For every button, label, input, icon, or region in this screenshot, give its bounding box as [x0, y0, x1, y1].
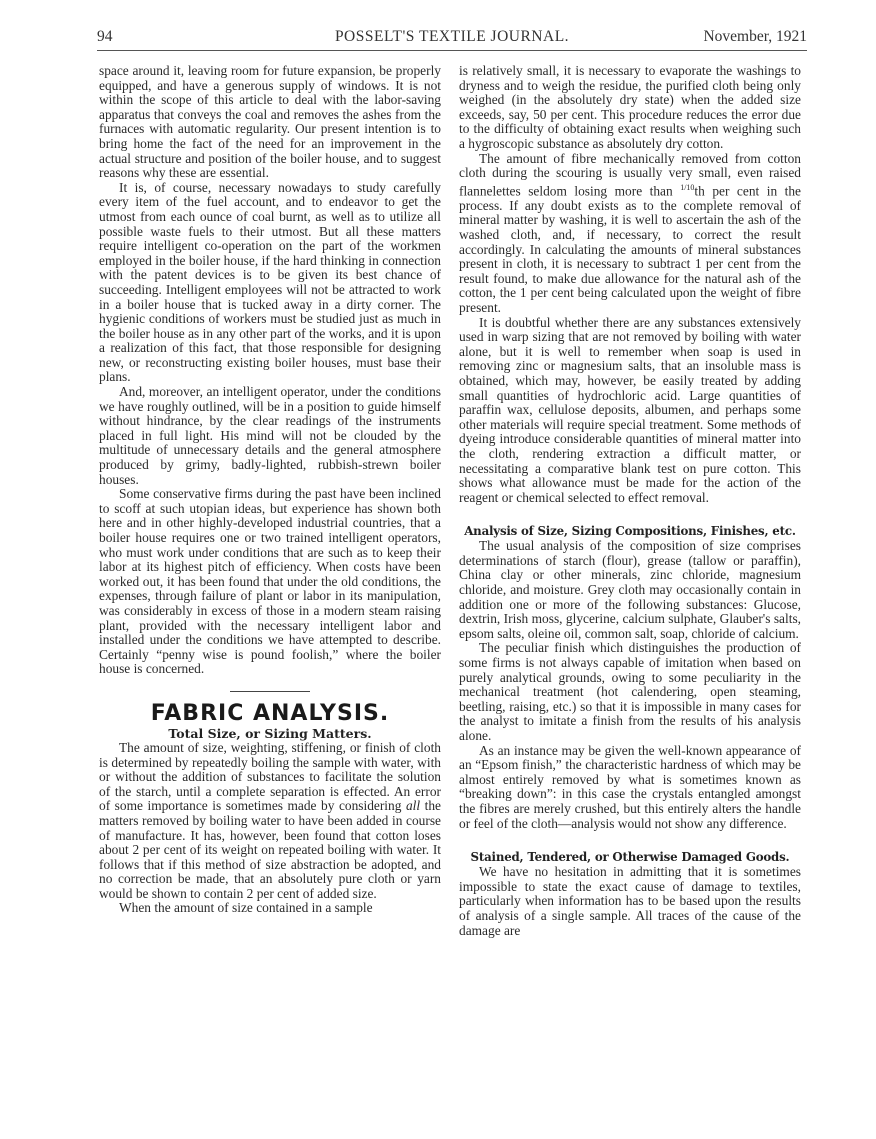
issue-date: November, 1921: [703, 28, 807, 46]
paragraph: We have no hesitation in admitting that …: [459, 865, 801, 938]
paragraph: The amount of fibre mechanically removed…: [459, 152, 801, 316]
text-run: the matters removed by boiling water to …: [99, 798, 441, 901]
paragraph: As an instance may be given the well-kno…: [459, 744, 801, 832]
text-run: th per cent in the process. If any doubt…: [459, 183, 801, 315]
left-column: space around it, leaving room for future…: [99, 64, 441, 916]
paragraph: The peculiar finish which distinguishes …: [459, 641, 801, 743]
section-heading: Stained, Tendered, or Otherwise Damaged …: [459, 850, 801, 865]
text-run: The amount of size, weighting, stiffenin…: [99, 740, 441, 813]
article-subtitle: Total Size, or Sizing Matters.: [99, 726, 441, 741]
fraction: 1/10: [680, 183, 694, 192]
section-heading: Analysis of Size, Sizing Compositions, F…: [459, 524, 801, 539]
paragraph: is relatively small, it is necessary to …: [459, 64, 801, 152]
paragraph: The amount of size, weighting, stiffenin…: [99, 741, 441, 902]
paragraph: When the amount of size contained in a s…: [99, 901, 441, 916]
paragraph: It is doubtful whether there are any sub…: [459, 316, 801, 506]
right-column: is relatively small, it is necessary to …: [459, 64, 801, 938]
header-rule: [97, 50, 807, 51]
paragraph: It is, of course, necessary nowadays to …: [99, 181, 441, 385]
paragraph: The usual analysis of the composition of…: [459, 539, 801, 641]
section-divider: [230, 691, 310, 692]
paragraph: Some conservative firms during the past …: [99, 487, 441, 677]
journal-title: POSSELT'S TEXTILE JOURNAL.: [97, 28, 807, 46]
page-header: 94 POSSELT'S TEXTILE JOURNAL. November, …: [97, 28, 807, 52]
paragraph: And, moreover, an intelligent operator, …: [99, 385, 441, 487]
paragraph: space around it, leaving room for future…: [99, 64, 441, 181]
emphasis: all: [406, 798, 420, 813]
article-title: FABRIC ANALYSIS.: [99, 702, 441, 726]
